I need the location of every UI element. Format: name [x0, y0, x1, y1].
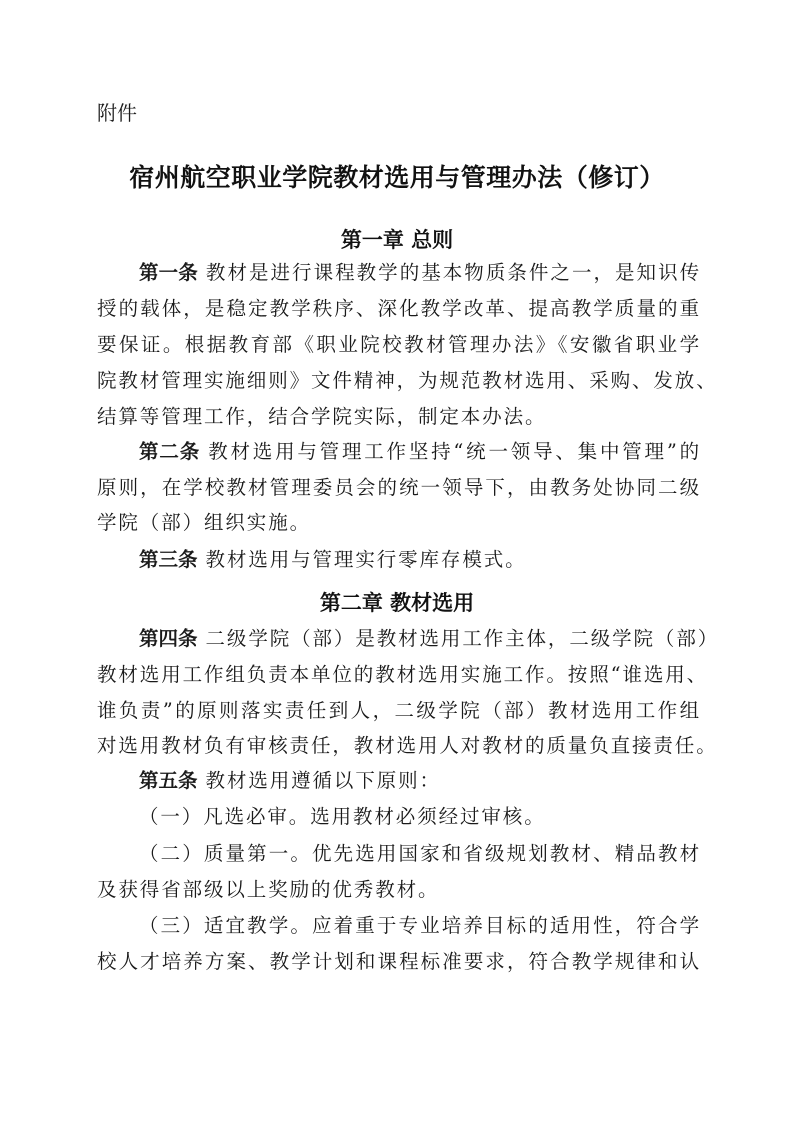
paragraph-line: 原则，在学校教材管理委员会的统一领导下，由教务处协同二级 — [97, 476, 701, 500]
paragraph-line: 授的载体，是稳定教学秩序、深化教学改革、提高教学质量的重 — [97, 297, 701, 321]
article-label: 第三条 — [139, 548, 198, 571]
article-1-line-1: 第一条教材是进行课程教学的基本物质条件之一，是知识传 — [139, 261, 701, 285]
article-label: 第二条 — [139, 440, 200, 463]
article-label: 第五条 — [139, 769, 198, 792]
document-title: 宿州航空职业学院教材选用与管理办法（修订） — [0, 163, 794, 193]
list-item: （三）适宜教学。应着重于专业培养目标的适用性，符合学 — [139, 914, 701, 938]
paragraph-text: 教材选用遵循以下原则： — [206, 769, 441, 792]
paragraph-line: 校人才培养方案、教学计划和课程标准要求，符合教学规律和认 — [97, 950, 701, 974]
paragraph-line: 谁负责”的原则落实责任到人，二级学院（部）教材选用工作组 — [97, 699, 701, 723]
paragraph-text: 教材选用与管理工作坚持“统一领导、集中管理”的 — [208, 440, 701, 463]
paragraph-line: 教材选用工作组负责本单位的教材选用实施工作。按照“谁选用、 — [97, 663, 701, 687]
document-page: 附件 宿州航空职业学院教材选用与管理办法（修订） 第一章 总则 第一条教材是进行… — [0, 0, 794, 1122]
attachment-label: 附件 — [97, 101, 137, 125]
paragraph-line: 及获得省部级以上奖励的优秀教材。 — [97, 878, 701, 902]
article-4-line-1: 第四条二级学院（部）是教材选用工作主体，二级学院（部） — [139, 627, 701, 651]
chapter-heading: 第一章 总则 — [0, 227, 794, 253]
article-5-line-1: 第五条教材选用遵循以下原则： — [139, 769, 701, 793]
article-2-line-1: 第二条教材选用与管理工作坚持“统一领导、集中管理”的 — [139, 440, 701, 464]
paragraph-line: 学院（部）组织实施。 — [97, 511, 701, 535]
paragraph-line: 对选用教材负有审核责任，教材选用人对教材的质量负直接责任。 — [97, 734, 701, 758]
paragraph-text: 二级学院（部）是教材选用工作主体，二级学院（部） — [206, 627, 720, 650]
article-label: 第一条 — [139, 261, 198, 284]
paragraph-line: 院教材管理实施细则》文件精神，为规范教材选用、采购、发放、 — [97, 369, 701, 393]
paragraph-line: 要保证。根据教育部《职业院校教材管理办法》《安徽省职业学 — [97, 333, 701, 357]
list-item: （一）凡选必审。选用教材必须经过审核。 — [139, 805, 701, 829]
article-label: 第四条 — [139, 627, 198, 650]
paragraph-text: 教材选用与管理实行零库存模式。 — [206, 548, 527, 571]
paragraph-text: 教材是进行课程教学的基本物质条件之一，是知识传 — [206, 261, 701, 284]
chapter-heading: 第二章 教材选用 — [0, 590, 794, 616]
article-3-line-1: 第三条教材选用与管理实行零库存模式。 — [139, 548, 701, 572]
paragraph-line: 结算等管理工作，结合学院实际，制定本办法。 — [97, 405, 701, 429]
list-item: （二）质量第一。优先选用国家和省级规划教材、精品教材 — [139, 842, 701, 866]
